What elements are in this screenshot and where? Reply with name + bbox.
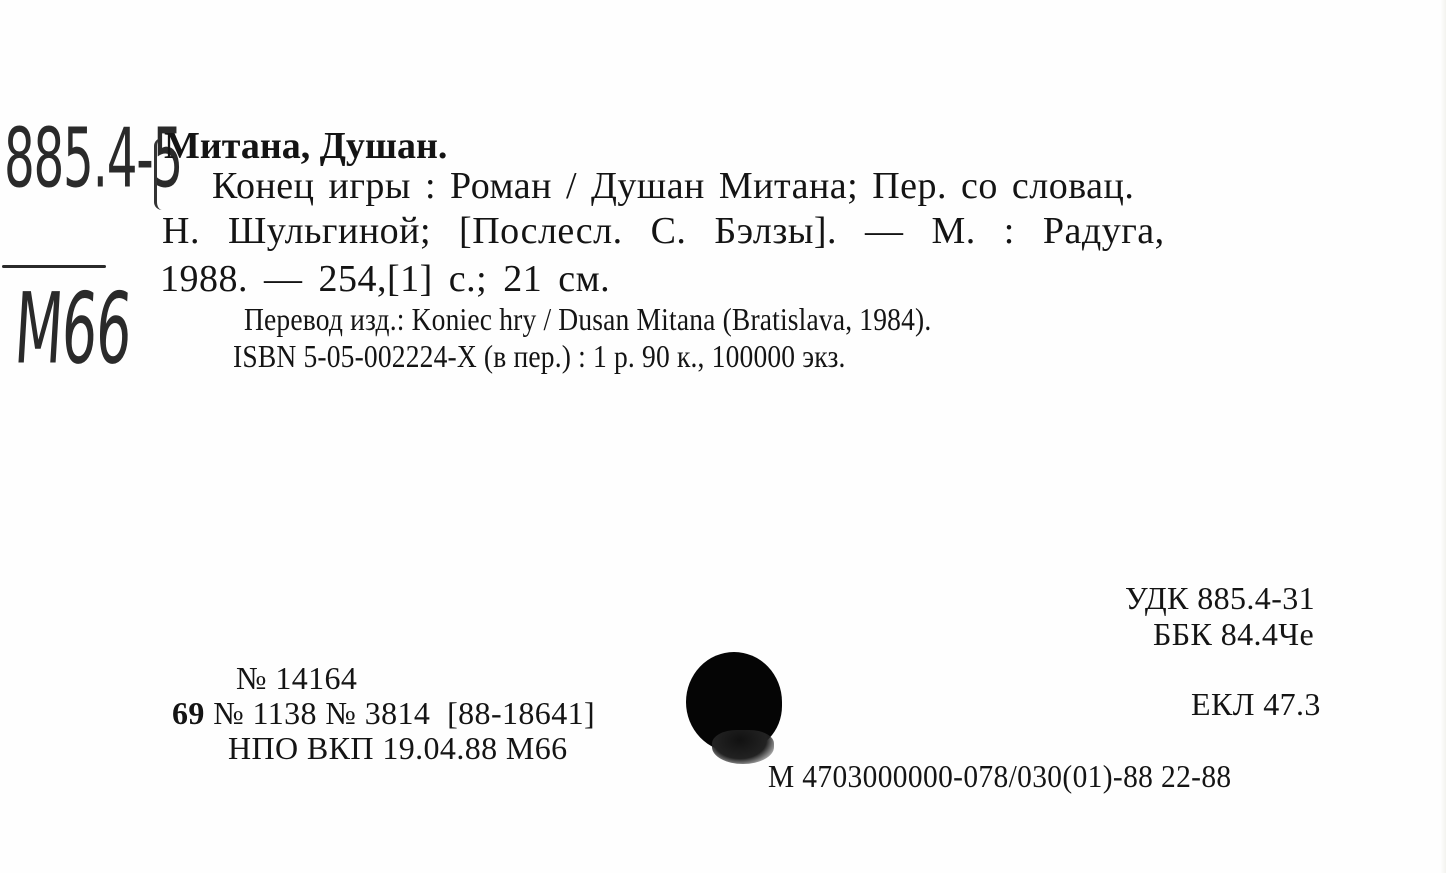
imprint-bold-number: 69 (172, 695, 205, 731)
description-line-3: 1988. — 254,[1] с.; 21 см. (160, 260, 610, 298)
publication-code: М 4703000000-078/030(01)-88 22-88 (768, 760, 1232, 792)
card-edge (1440, 0, 1446, 873)
udk-code: УДК 885.4-31 (1125, 582, 1315, 614)
bbk-code: ББК 84.4Че (1153, 618, 1314, 650)
imprint-order-number: № 14164 (236, 662, 357, 694)
author-heading: Митана, Душан. (164, 127, 447, 165)
description-line-1: Конец игры : Роман / Душан Митана; Пер. … (212, 167, 1134, 205)
handwritten-divider (2, 265, 106, 268)
handwritten-author-mark: M66 (12, 280, 133, 378)
imprint-numbers: 69 № 1138 № 3814 [88-18641] (172, 697, 595, 729)
ekl-code: ЕКЛ 47.3 (1191, 688, 1321, 720)
ink-smudge (712, 730, 774, 764)
description-line-2: Н. Шульгиной; [Послесл. С. Бэлзы]. — М. … (162, 212, 1165, 250)
catalog-card: 885.4-5 M66 Митана, Душан. Конец игры : … (0, 0, 1446, 873)
isbn-note: ISBN 5-05-002224-X (в пер.) : 1 р. 90 к.… (233, 340, 846, 372)
imprint-publisher-date: НПО ВКП 19.04.88 М66 (228, 732, 568, 764)
original-title-note: Перевод изд.: Koniec hry / Dusan Mitana … (244, 303, 931, 335)
imprint-numbers-rest: № 1138 № 3814 [88-18641] (213, 695, 595, 731)
